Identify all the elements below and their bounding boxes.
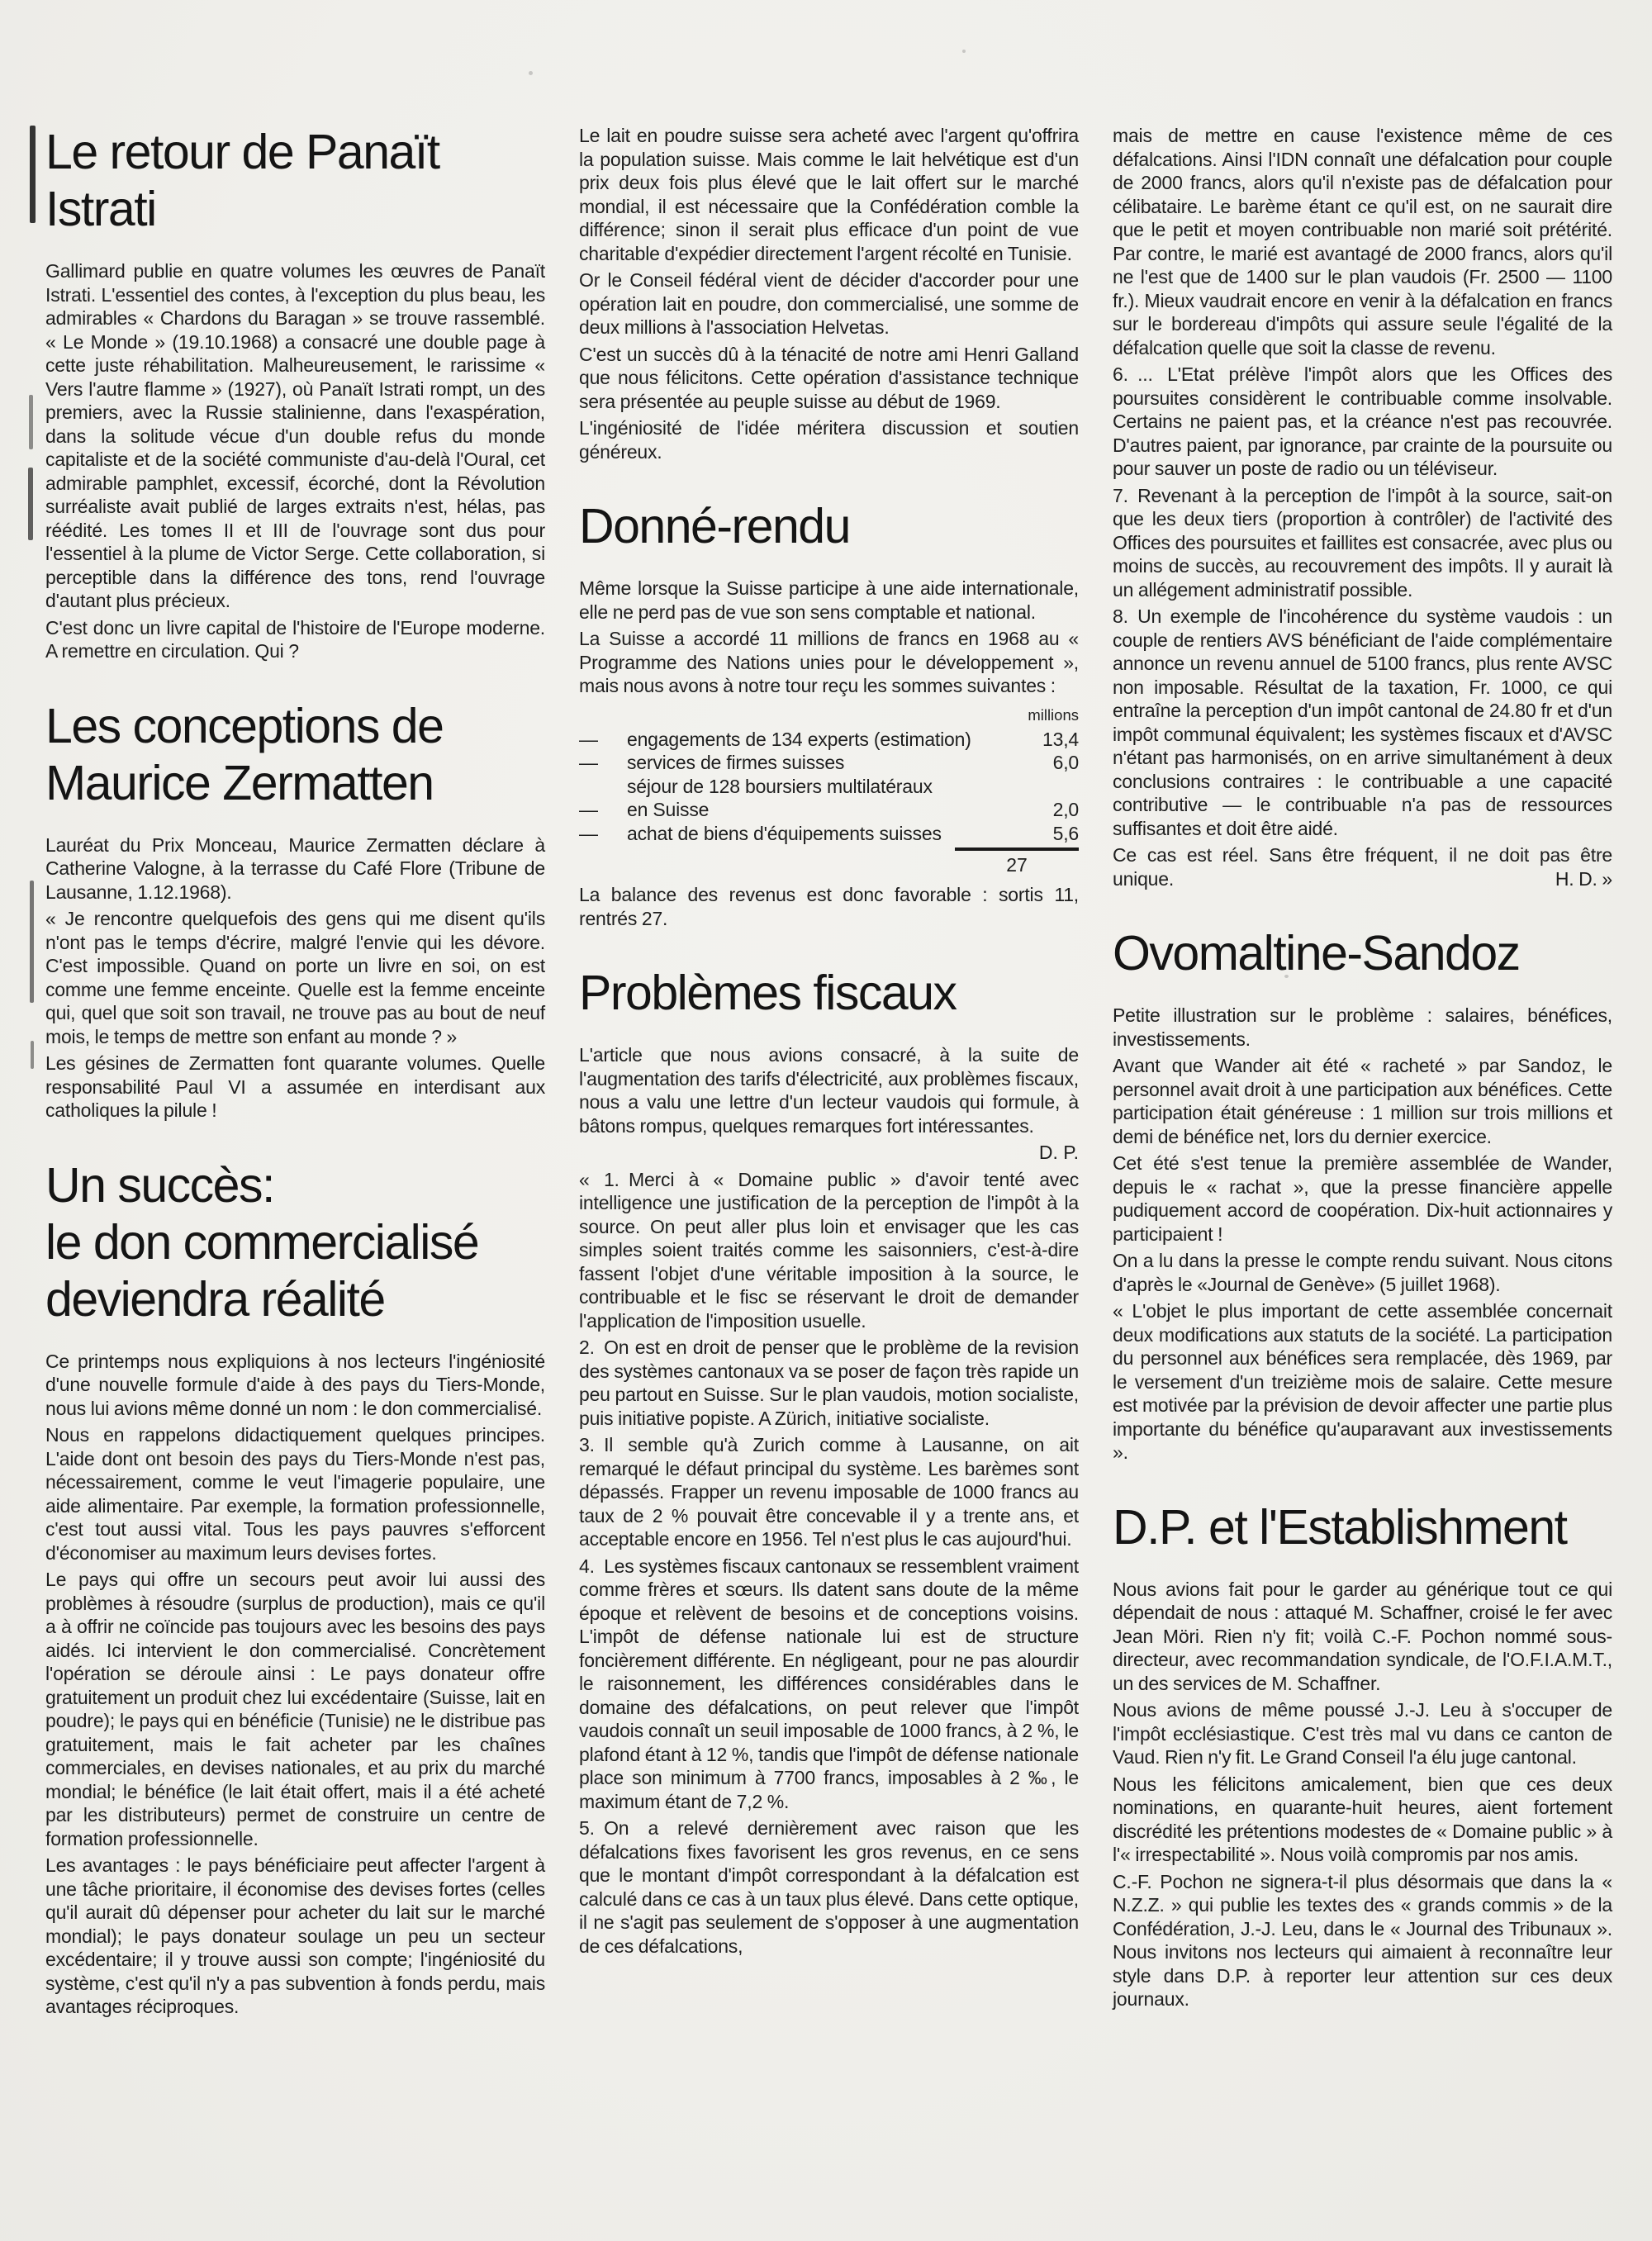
- scan-artifact: [30, 126, 36, 223]
- sum-item: —services de firmes suisses6,0: [579, 751, 1079, 775]
- sum-item-value: 13,4: [1042, 728, 1079, 752]
- article-heading: Un succès: le don commercialisé deviendr…: [45, 1157, 545, 1328]
- dash-bullet: —: [579, 822, 627, 846]
- article-heading: Les conceptions de Maurice Zermatten: [45, 698, 545, 812]
- paragraph: Le pays qui offre un secours peut avoir …: [45, 1568, 545, 1850]
- newspaper-page: Le retour de Panaït IstratiGallimard pub…: [0, 0, 1652, 2241]
- sum-item: —séjour de 128 boursiers multilatéraux e…: [579, 775, 1079, 822]
- scan-artifact: [28, 468, 33, 540]
- signature: D. P.: [579, 1141, 1079, 1165]
- paragraph: Ce cas est réel. Sans être fréquent, il …: [1113, 843, 1612, 890]
- column-layout: Le retour de Panaït IstratiGallimard pub…: [0, 0, 1652, 2022]
- scan-artifact: [29, 395, 33, 449]
- paragraph: Gallimard publie en quatre volumes les œ…: [45, 259, 545, 613]
- paragraph: Le lait en poudre suisse sera acheté ave…: [579, 124, 1079, 265]
- paragraph: 7. Revenant à la perception de l'impôt à…: [1113, 484, 1612, 602]
- paragraph: 3. Il semble qu'à Zurich comme à Lausann…: [579, 1433, 1079, 1551]
- scan-artifact: [31, 1041, 34, 1069]
- paragraph: C'est un succès dû à la ténacité de notr…: [579, 343, 1079, 414]
- paragraph: mais de mettre en cause l'existence même…: [1113, 124, 1612, 359]
- paragraph: Les avantages : le pays bénéficiaire peu…: [45, 1854, 545, 2019]
- paragraph: L'article que nous avions consacré, à la…: [579, 1043, 1079, 1137]
- paragraph: Nous avions de même poussé J.-J. Leu à s…: [1113, 1698, 1612, 1769]
- dash-bullet: —: [579, 728, 627, 752]
- scan-speck: [962, 50, 966, 53]
- paragraph: Lauréat du Prix Monceau, Maurice Zermatt…: [45, 833, 545, 904]
- article-heading: D.P. et l'Establishment: [1113, 1499, 1612, 1556]
- paragraph: Petite illustration sur le problème : sa…: [1113, 1004, 1612, 1051]
- paragraph: Les gésines de Zermatten font quarante v…: [45, 1052, 545, 1123]
- paragraph: Nous les félicitons amicalement, bien qu…: [1113, 1773, 1612, 1867]
- sum-item: —engagements de 134 experts (estimation)…: [579, 728, 1079, 752]
- paragraph: 6. ... L'Etat prélève l'impôt alors que …: [1113, 363, 1612, 481]
- article-heading: Le retour de Panaït Istrati: [45, 124, 545, 238]
- paragraph: La Suisse a accordé 11 millions de franc…: [579, 627, 1079, 698]
- sum-item-label: services de firmes suisses: [627, 751, 1053, 775]
- paragraph: C'est donc un livre capital de l'histoir…: [45, 616, 545, 663]
- paragraph: 2. On est en droit de penser que le prob…: [579, 1336, 1079, 1430]
- paragraph: Or le Conseil fédéral vient de décider d…: [579, 268, 1079, 339]
- paragraph: 4. Les systèmes fiscaux cantonaux se res…: [579, 1555, 1079, 1814]
- sum-item: —achat de biens d'équipements suisses5,6: [579, 822, 1079, 846]
- article-heading: Donné-rendu: [579, 498, 1079, 555]
- paragraph: L'ingéniosité de l'idée méritera discuss…: [579, 416, 1079, 463]
- paragraph: 8. Un exemple de l'incohérence du systèm…: [1113, 605, 1612, 840]
- scan-speck: [529, 71, 533, 75]
- paragraph: « L'objet le plus important de cette ass…: [1113, 1299, 1612, 1465]
- paragraph: 5. On a relevé dernièrement avec raison …: [579, 1816, 1079, 1958]
- sum-item-value: 2,0: [1053, 798, 1079, 822]
- paragraph: Nous avions fait pour le garder au génér…: [1113, 1578, 1612, 1696]
- paragraph: Nous en rappelons didactiquement quelque…: [45, 1423, 545, 1564]
- paragraph: La balance des revenus est donc favorabl…: [579, 883, 1079, 930]
- paragraph: Ce printemps nous expliquions à nos lect…: [45, 1350, 545, 1421]
- sum-item-value: 5,6: [1053, 822, 1079, 846]
- dash-bullet: —: [579, 751, 627, 775]
- column-3: mais de mettre en cause l'existence même…: [1113, 124, 1612, 2022]
- sum-item-label: achat de biens d'équipements suisses: [627, 822, 1053, 846]
- paragraph: Avant que Wander ait été « racheté » par…: [1113, 1054, 1612, 1148]
- paragraph: C.-F. Pochon ne signera-t-il plus désorm…: [1113, 1870, 1612, 2011]
- column-1: Le retour de Panaït IstratiGallimard pub…: [45, 124, 545, 2022]
- sum-total: 27: [955, 847, 1079, 876]
- paragraph: « Je rencontre quelquefois des gens qui …: [45, 907, 545, 1048]
- dash-bullet: —: [579, 798, 627, 822]
- article-heading: Problèmes fiscaux: [579, 965, 1079, 1022]
- sum-item-label: engagements de 134 experts (estimation): [627, 728, 1042, 752]
- article-heading: Ovomaltine-Sandoz: [1113, 925, 1612, 982]
- paragraph: Cet été s'est tenue la première assemblé…: [1113, 1151, 1612, 1246]
- unit-label: millions: [579, 706, 1079, 724]
- paragraph: Même lorsque la Suisse participe à une a…: [579, 577, 1079, 624]
- paragraph: On a lu dans la presse le compte rendu s…: [1113, 1249, 1612, 1296]
- scan-artifact: [30, 881, 34, 1003]
- sum-item-label: séjour de 128 boursiers multilatéraux en…: [627, 775, 1053, 822]
- column-2: Le lait en poudre suisse sera acheté ave…: [579, 124, 1079, 2022]
- paragraph: « 1. Merci à « Domaine public » d'avoir …: [579, 1168, 1079, 1333]
- sum-item-value: 6,0: [1053, 751, 1079, 775]
- sum-list: —engagements de 134 experts (estimation)…: [579, 728, 1079, 877]
- signature: H. D. »: [1555, 867, 1612, 891]
- scan-speck: [1284, 975, 1289, 978]
- paragraph-text: Ce cas est réel. Sans être fréquent, il …: [1113, 844, 1612, 890]
